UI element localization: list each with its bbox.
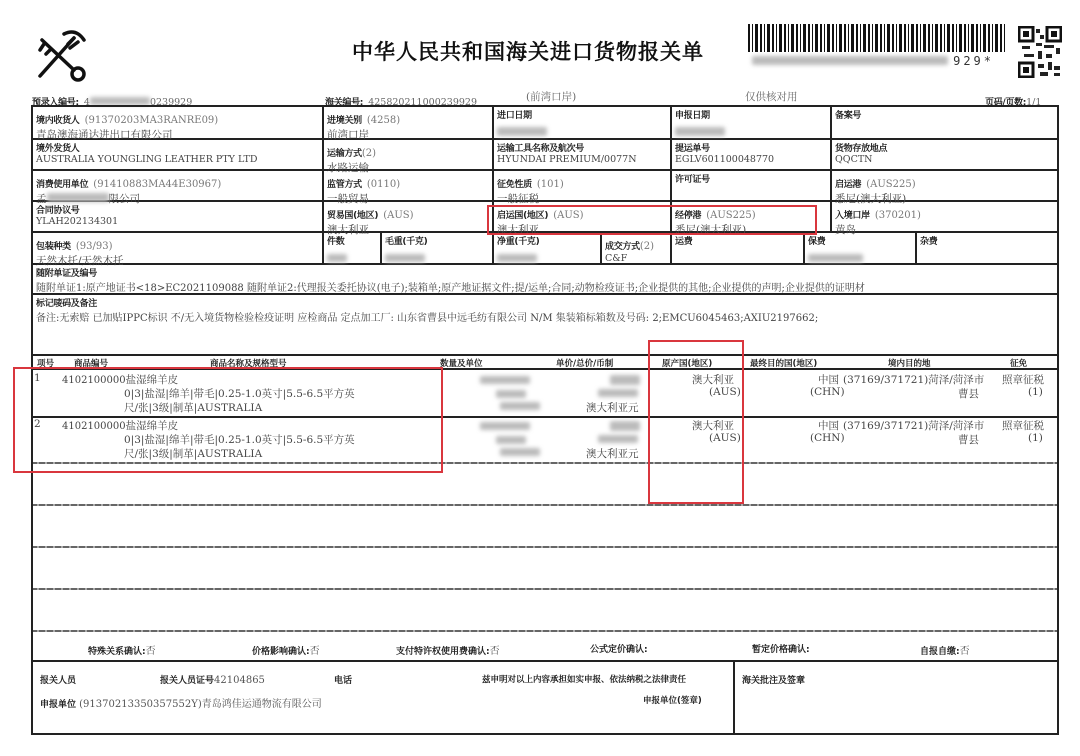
customs-approval-label: 海关批注及签章 (742, 673, 805, 686)
barcode (748, 24, 1006, 52)
declarant-id: 报关人员证号42104865 (160, 673, 265, 686)
attached-documents-field: 随附单证及编号 随附单证1:原产地证书<18>EC2021109088 随附单证… (33, 265, 1055, 295)
entry-customs-field: 进境关别 (4258) 前湾口岸 (324, 107, 490, 143)
port-note: (前湾口岸) (526, 89, 576, 104)
customs-emblem-icon (34, 26, 90, 82)
price-impact-confirm: 价格影响确认:否 (252, 642, 320, 657)
highlight-shipping-transit (487, 205, 817, 235)
declare-date-field: 申报日期 (672, 107, 828, 141)
self-report-confirm: 自报自缴:否 (920, 642, 970, 657)
declare-unit-signature: 申报单位(签章) (643, 694, 702, 706)
deal-mode-field: 成交方式(2) C&F (602, 233, 670, 265)
check-only-note: 仅供核对用 (745, 89, 798, 104)
barcode-text: 929* (752, 50, 1008, 64)
bill-of-lading-field: 提运单号 EGLV601100048770 (672, 140, 828, 166)
consignee-field: 境内收货人 (91370203MA3RANRE09) 青岛澳海通达进出口有限公司 (33, 107, 321, 143)
highlight-origin-country (648, 340, 744, 504)
package-type-field: 包装种类 (93/93) 天然木托/天然木托 (33, 233, 321, 269)
highlight-goods-name (13, 367, 443, 473)
freight-field: 运费 (672, 233, 802, 248)
formula-price-confirm: 公式定价确认: (590, 642, 648, 655)
declarant-label: 报关人员 (40, 673, 76, 686)
gross-weight-field: 毛重(千克) (382, 233, 490, 267)
pieces-field: 件数 (324, 233, 380, 267)
misc-fee-field: 杂费 (917, 233, 1055, 248)
consignor-field: 境外发货人 AUSTRALIA YOUNGLING LEATHER PTY LT… (33, 140, 321, 166)
contract-number-field: 合同协议号 YLAH202134301 (33, 202, 321, 228)
declare-unit: 申报单位 (91370213350357552Y)青岛鸿佳运通物流有限公司 (40, 695, 322, 710)
record-number-field: 备案号 (832, 107, 1056, 122)
storage-location-field: 货物存放地点 QQCTN (832, 140, 1056, 166)
net-weight-field: 净重(千克) (494, 233, 600, 267)
qr-code-icon (1018, 26, 1062, 78)
special-relation-confirm: 特殊关系确认:否 (88, 642, 156, 657)
declaration-statement: 兹申明对以上内容承担如实申报、依法纳税之法律责任 (482, 673, 686, 685)
vessel-field: 运输工具名称及航次号 HYUNDAI PREMIUM/0077N (494, 140, 668, 166)
phone-label: 电话 (334, 673, 352, 686)
royalty-confirm: 支付特许权使用费确认:否 (396, 642, 500, 657)
license-number-field: 许可证号 (672, 171, 828, 186)
marks-remarks-field: 标记唛码及备注 备注:无索赔 已加贴IPPC标识 不/无入境货物检验检疫证明 应… (33, 295, 1055, 325)
provisional-price-confirm: 暂定价格确认: (752, 642, 810, 655)
insurance-field: 保费 (805, 233, 915, 267)
import-date-field: 进口日期 (494, 107, 668, 141)
page-title: 中华人民共和国海关进口货物报关单 (352, 36, 704, 66)
